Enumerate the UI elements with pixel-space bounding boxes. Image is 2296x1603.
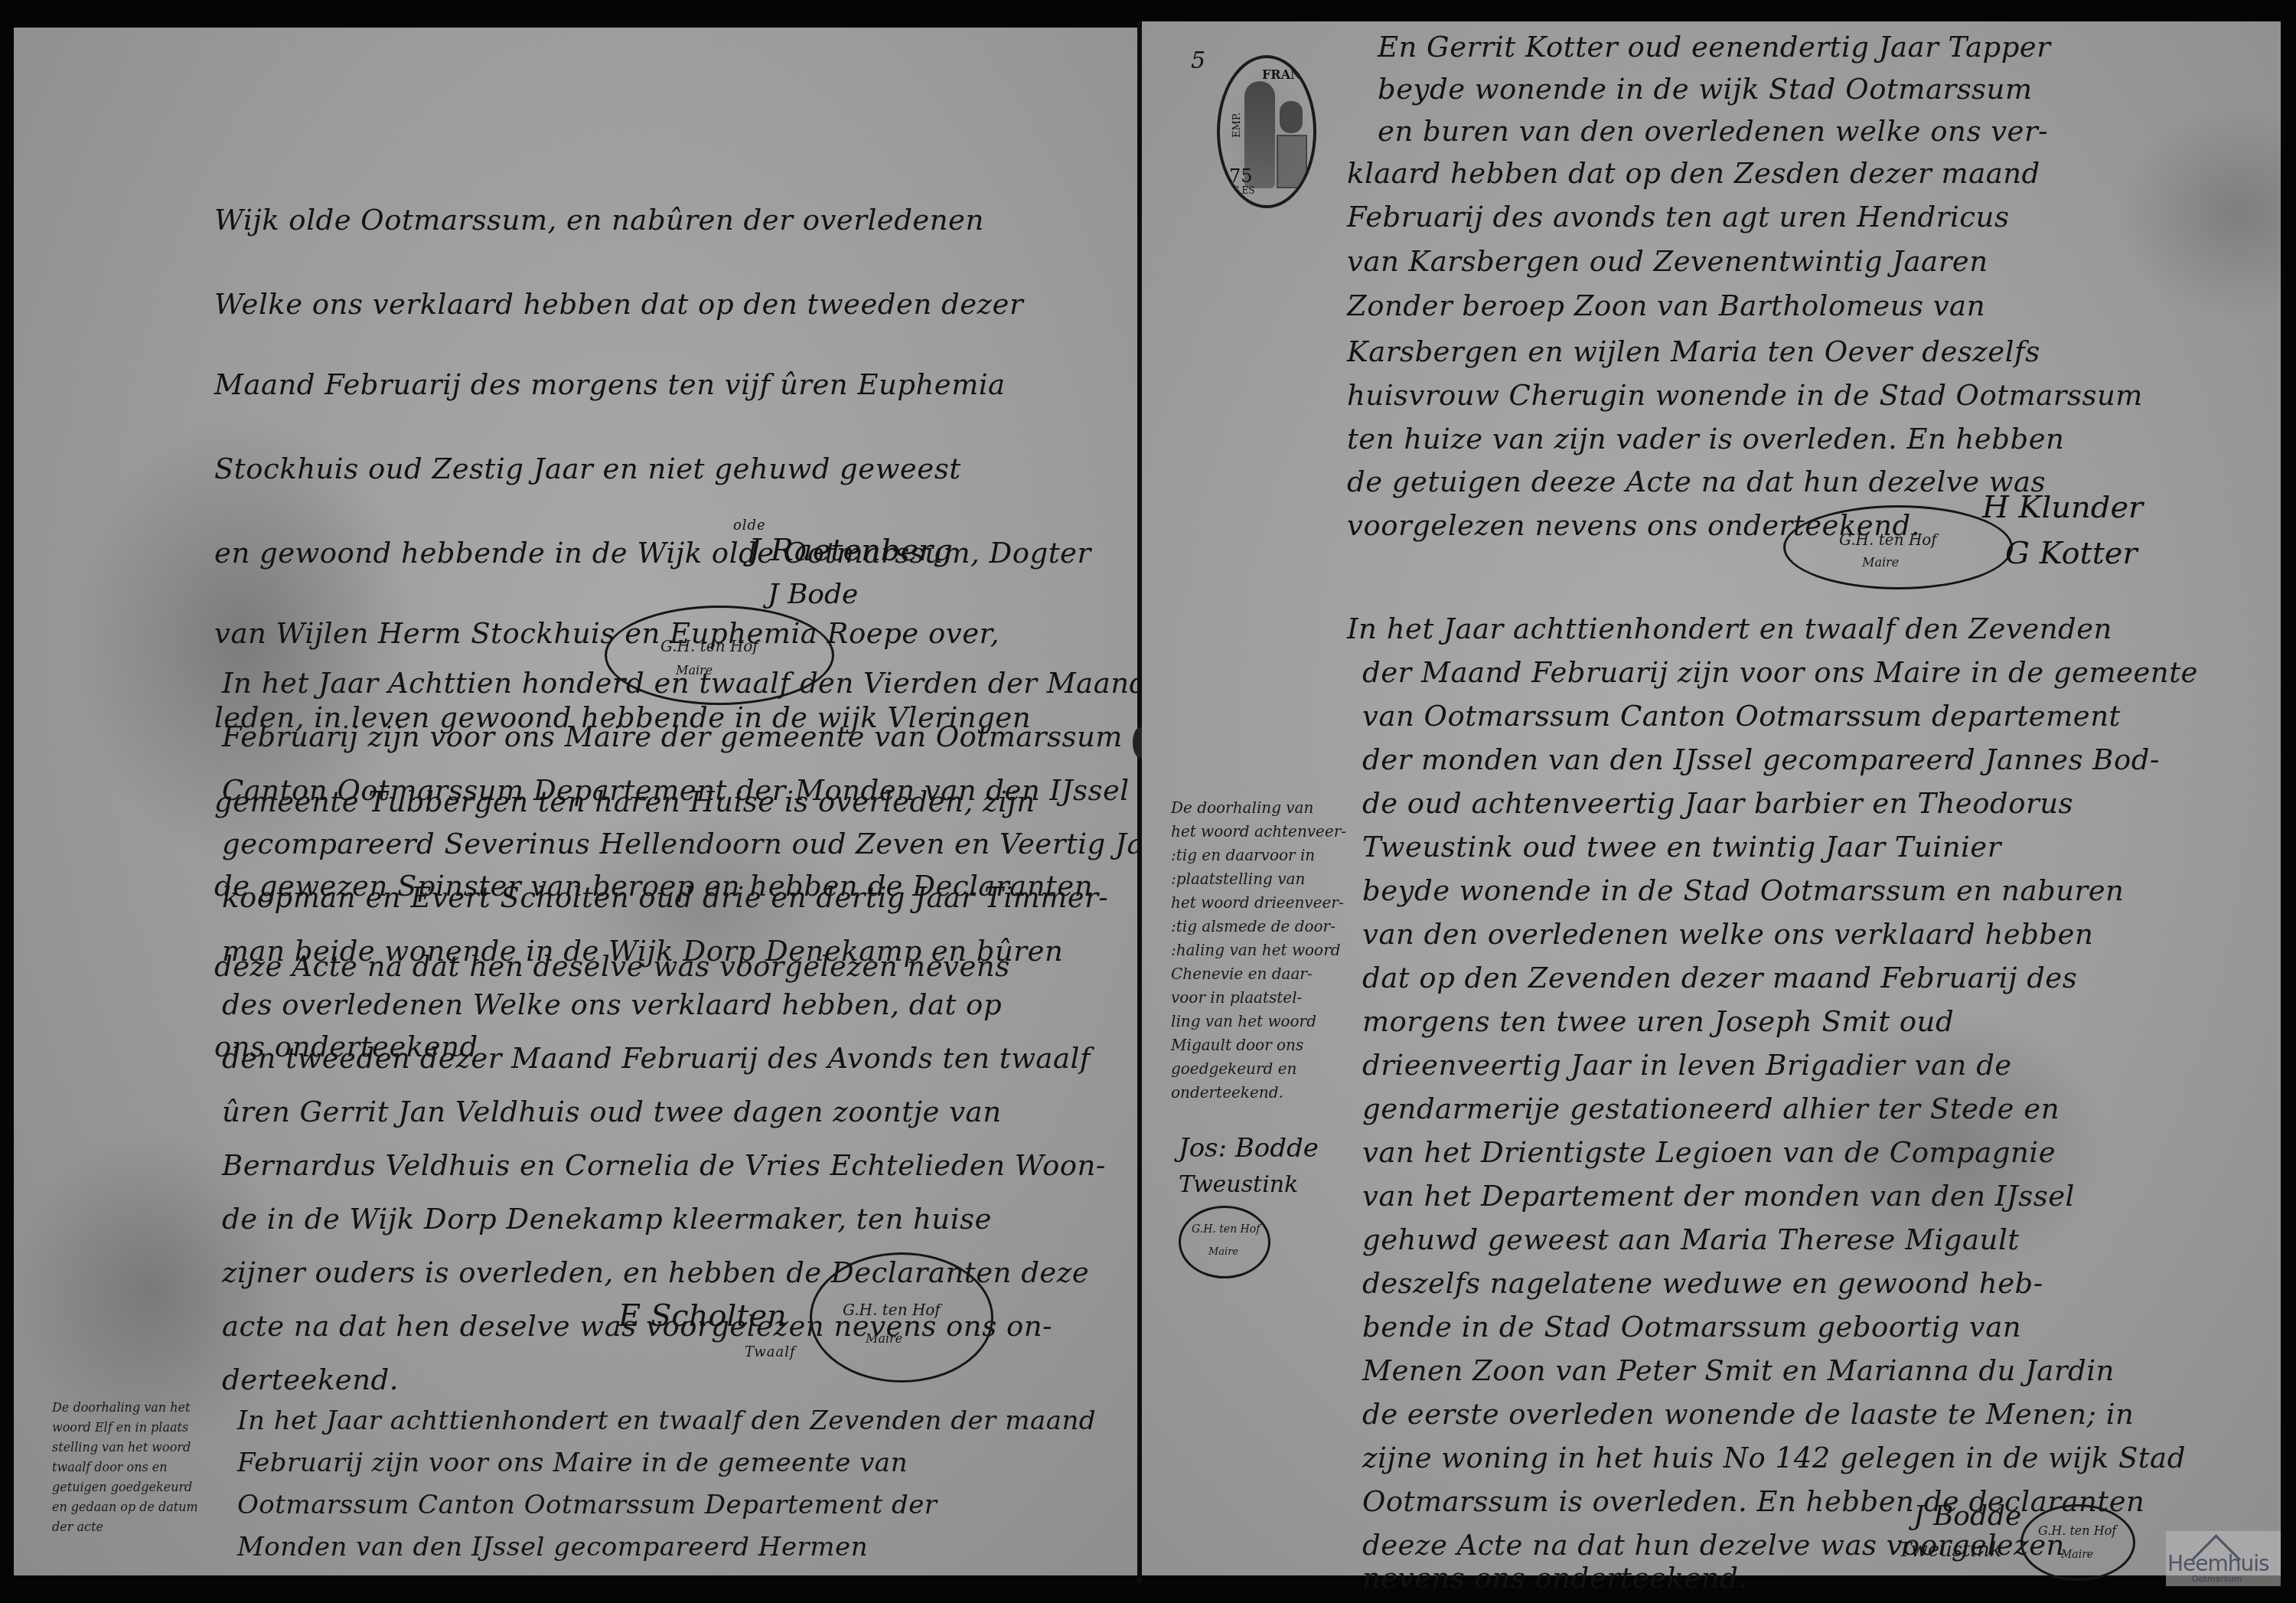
record-line: des overledenen Welke ons verklaard hebb… xyxy=(222,988,1002,1021)
margin-note-line: het woord achtenveer- xyxy=(1171,820,1346,844)
seal-signature: G.H. ten Hof xyxy=(843,1301,941,1319)
record-line: In het Jaar achttienhondert en twaalf de… xyxy=(1347,612,2112,645)
record-line: bende in de Stad Ootmarssum geboortig va… xyxy=(1362,1311,2021,1343)
record-line: Bernardus Veldhuis en Cornelia de Vries … xyxy=(222,1149,1106,1182)
record-line: Welke ons verklaard hebben dat op den tw… xyxy=(214,288,1023,321)
record-line: de getuigen deeze Acte na dat hun dezelv… xyxy=(1347,465,2046,498)
record-line: Tweustink oud twee en twintig Jaar Tuini… xyxy=(1362,831,2001,864)
record-line: huisvrouw Cherugin wonende in de Stad Oo… xyxy=(1347,379,2143,412)
margin-note: De doorhaling van het woord achtenveer- … xyxy=(1171,796,1346,1105)
signature-scholten: E Scholten xyxy=(618,1298,787,1334)
record-line: In het Jaar achttienhondert en twaalf de… xyxy=(237,1405,1096,1436)
page-number: 5 xyxy=(1191,47,1205,74)
signature-tweustink: Tweustink xyxy=(1898,1539,2001,1562)
record-line: koopman en Evert Scholten oud drie en de… xyxy=(222,881,1108,914)
signature-bodde: J Bodde xyxy=(1913,1500,2021,1532)
margin-note-line: en gedaan op de datum xyxy=(52,1497,198,1517)
margin-note-line: :haling van het woord xyxy=(1171,939,1346,962)
record-line: klaard hebben dat op den Zesden dezer ma… xyxy=(1347,157,2040,190)
margin-signature-bodde: Jos: Bodde xyxy=(1179,1133,1319,1164)
record-line: beyde wonende in de Stad Ootmarssum en n… xyxy=(1362,874,2124,907)
record-line: nevens ons onderteekend. xyxy=(1362,1562,1748,1595)
seal-title: Maire xyxy=(2061,1549,2093,1561)
margin-mayor-seal: G.H. ten Hof Maire xyxy=(1179,1206,1270,1278)
record-line: In het Jaar Achttien honderd en twaalf d… xyxy=(222,667,1139,700)
signature-raetenberg: J Raetenberg xyxy=(748,533,953,568)
stamp-top-text: FRAN. xyxy=(1262,67,1305,82)
record-line: Klunder oud Zevenendertig Jaar Timmerman xyxy=(237,1574,846,1575)
signature-kotter: G Kotter xyxy=(2005,536,2138,571)
record-line: Monden van den IJssel gecompareerd Herme… xyxy=(237,1532,868,1562)
record-line: Ootmarssum Canton Ootmarssum Departement… xyxy=(237,1490,938,1520)
margin-signature-tweustink: Tweustink xyxy=(1179,1171,1298,1198)
eagle-shield-icon xyxy=(1277,135,1307,188)
left-page: Wijk olde Ootmarssum, en nabûren der ove… xyxy=(14,28,1139,1575)
margin-note-line: twaalf door ons en xyxy=(52,1458,198,1477)
record-line: Februarij zijn voor ons Maire in de geme… xyxy=(237,1448,908,1478)
seal-signature: G.H. ten Hof xyxy=(1192,1223,1260,1236)
watermark-city: Ootmarsum xyxy=(2192,1574,2242,1584)
margin-note: De doorhaling van het woord Elf en in pl… xyxy=(52,1398,198,1537)
record-line: Februarij zijn voor ons Maire der gemeen… xyxy=(222,720,1123,753)
book-spread: Wijk olde Ootmarssum, en nabûren der ove… xyxy=(0,0,2296,1603)
record-line-underlined-name: morgens ten twee uren Joseph Smit oud xyxy=(1362,1005,1954,1038)
interlinear-insert: Twaalf xyxy=(745,1344,796,1360)
margin-note-line: voor in plaatstel- xyxy=(1171,986,1346,1010)
margin-note-line: :tig en daarvoor in xyxy=(1171,844,1346,867)
record-line: van het Departement der monden van den I… xyxy=(1362,1180,2075,1213)
mayor-seal: G.H. ten Hof Maire xyxy=(1783,505,2013,589)
margin-note-line: :plaatstelling van xyxy=(1171,867,1346,891)
record-line: Menen Zoon van Peter Smit en Marianna du… xyxy=(1362,1354,2115,1387)
mayor-seal: G.H. ten Hof Maire xyxy=(810,1252,993,1383)
record-line: van Ootmarssum Canton Ootmarssum departe… xyxy=(1362,700,2121,733)
record-line: dat op den Zevenden dezer maand Februari… xyxy=(1362,961,2077,994)
margin-note-line: ling van het woord xyxy=(1171,1010,1346,1033)
record-line: Zonder beroep Zoon van Bartholomeus van xyxy=(1347,289,1985,322)
seal-title: Maire xyxy=(1862,555,1899,570)
record-line: drieenveertig Jaar in leven Brigadier va… xyxy=(1362,1049,2012,1082)
record-line: der monden van den IJssel gecompareerd J… xyxy=(1362,743,2160,776)
margin-note-line: getuigen goedgekeurd xyxy=(52,1477,198,1497)
margin-note-line: De doorhaling van xyxy=(1171,796,1346,820)
margin-note-line: het woord drieenveer- xyxy=(1171,891,1346,915)
record-line: Maand Februarij des morgens ten vijf ûre… xyxy=(214,368,1006,401)
record-line: deszelfs nagelatene weduwe en gewoond he… xyxy=(1362,1267,2043,1300)
margin-note-line: Migault door ons xyxy=(1171,1033,1346,1057)
bust-icon xyxy=(1280,101,1303,133)
record-line-underlined-name: van Karsbergen oud Zevenentwintig Jaaren xyxy=(1347,245,1988,278)
record-line: de in de Wijk Dorp Denekamp kleermaker, … xyxy=(222,1203,992,1236)
record-line: de eerste overleden wonende de laaste te… xyxy=(1362,1398,2134,1431)
record-line: gendarmerije gestationeerd alhier ter St… xyxy=(1362,1092,2060,1125)
signature-klunder: H Klunder xyxy=(1982,490,2143,525)
stamp-value: 75 xyxy=(1229,165,1253,187)
seal-signature: G.H. ten Hof xyxy=(2038,1523,2116,1538)
french-empire-tax-stamp: FRAN. EMP. 75 C.ES xyxy=(1217,55,1316,208)
record-line: beyde wonende in de wijk Stad Ootmarssum xyxy=(1378,73,2033,106)
record-line: Wijk olde Ootmarssum, en nabûren der ove… xyxy=(214,204,984,237)
record-line: en buren van den overledenen welke ons v… xyxy=(1378,115,2048,148)
interlinear-insert: olde xyxy=(733,517,766,534)
margin-note-line: :tig alsmede de door- xyxy=(1171,915,1346,939)
margin-note-line: De doorhaling van het xyxy=(52,1398,198,1418)
stamp-unit: C.ES xyxy=(1232,185,1255,196)
record-line: Canton Ootmarssum Departement der Monden… xyxy=(222,774,1130,807)
record-line: man beide wonende in de Wijk Dorp Deneka… xyxy=(222,935,1063,968)
margin-note-line: Chenevie en daar- xyxy=(1171,962,1346,986)
stamp-side-text: EMP. xyxy=(1231,113,1243,138)
record-line: ten huize van zijn vader is overleden. E… xyxy=(1347,423,2064,455)
seal-title: Maire xyxy=(1208,1246,1238,1258)
heemhuis-watermark: Heemhuis Ootmarsum xyxy=(2166,1531,2281,1586)
margin-note-line: onderteekend. xyxy=(1171,1081,1346,1105)
record-line: zijne woning in het huis No 142 gelegen … xyxy=(1362,1441,2186,1474)
margin-note-line: der acte xyxy=(52,1517,198,1537)
record-line: der Maand Februarij zijn voor ons Maire … xyxy=(1362,656,2198,689)
record-line: gecompareerd Severinus Hellendoorn oud Z… xyxy=(222,828,1139,860)
record-line-underlined-name: Stockhuis oud Zestig Jaar en niet gehuwd… xyxy=(214,452,961,485)
seal-signature: G.H. ten Hof xyxy=(660,637,758,655)
margin-note-line: goedgekeurd en xyxy=(1171,1057,1346,1081)
record-line: van den overledenen welke ons verklaard … xyxy=(1362,918,2093,951)
seal-title: Maire xyxy=(866,1331,902,1346)
record-line: den tweeden dezer Maand Februarij des Av… xyxy=(222,1042,1091,1075)
record-line: Ootmarssum is overleden. En hebben de de… xyxy=(1362,1485,2144,1518)
signature-bode: J Bode xyxy=(768,579,858,610)
record-line: en gewoond hebbende in de Wijk olde Ootm… xyxy=(214,537,1091,570)
margin-note-line: stelling van het woord xyxy=(52,1438,198,1458)
record-line: van het Drientigste Legioen van de Compa… xyxy=(1362,1136,2056,1169)
record-line: En Gerrit Kotter oud eenendertig Jaar Ta… xyxy=(1378,31,2050,64)
margin-note-line: woord Elf en in plaats xyxy=(52,1418,198,1438)
record-line: derteekend. xyxy=(222,1363,399,1396)
record-line: de oud achtenveertig Jaar barbier en The… xyxy=(1362,787,2073,820)
record-line: Februarij des avonds ten agt uren Hendri… xyxy=(1347,201,2009,233)
seal-signature: G.H. ten Hof xyxy=(1839,531,1937,549)
record-line-underlined-name: ûren Gerrit Jan Veldhuis oud twee dagen … xyxy=(222,1095,1001,1128)
watermark-name: Heemhuis xyxy=(2167,1551,2269,1576)
mayor-seal: G.H. ten Hof Maire xyxy=(2020,1504,2135,1581)
record-line: Karsbergen en wijlen Maria ten Oever des… xyxy=(1347,335,2040,368)
record-line: gehuwd geweest aan Maria Therese Migault xyxy=(1362,1223,2020,1256)
